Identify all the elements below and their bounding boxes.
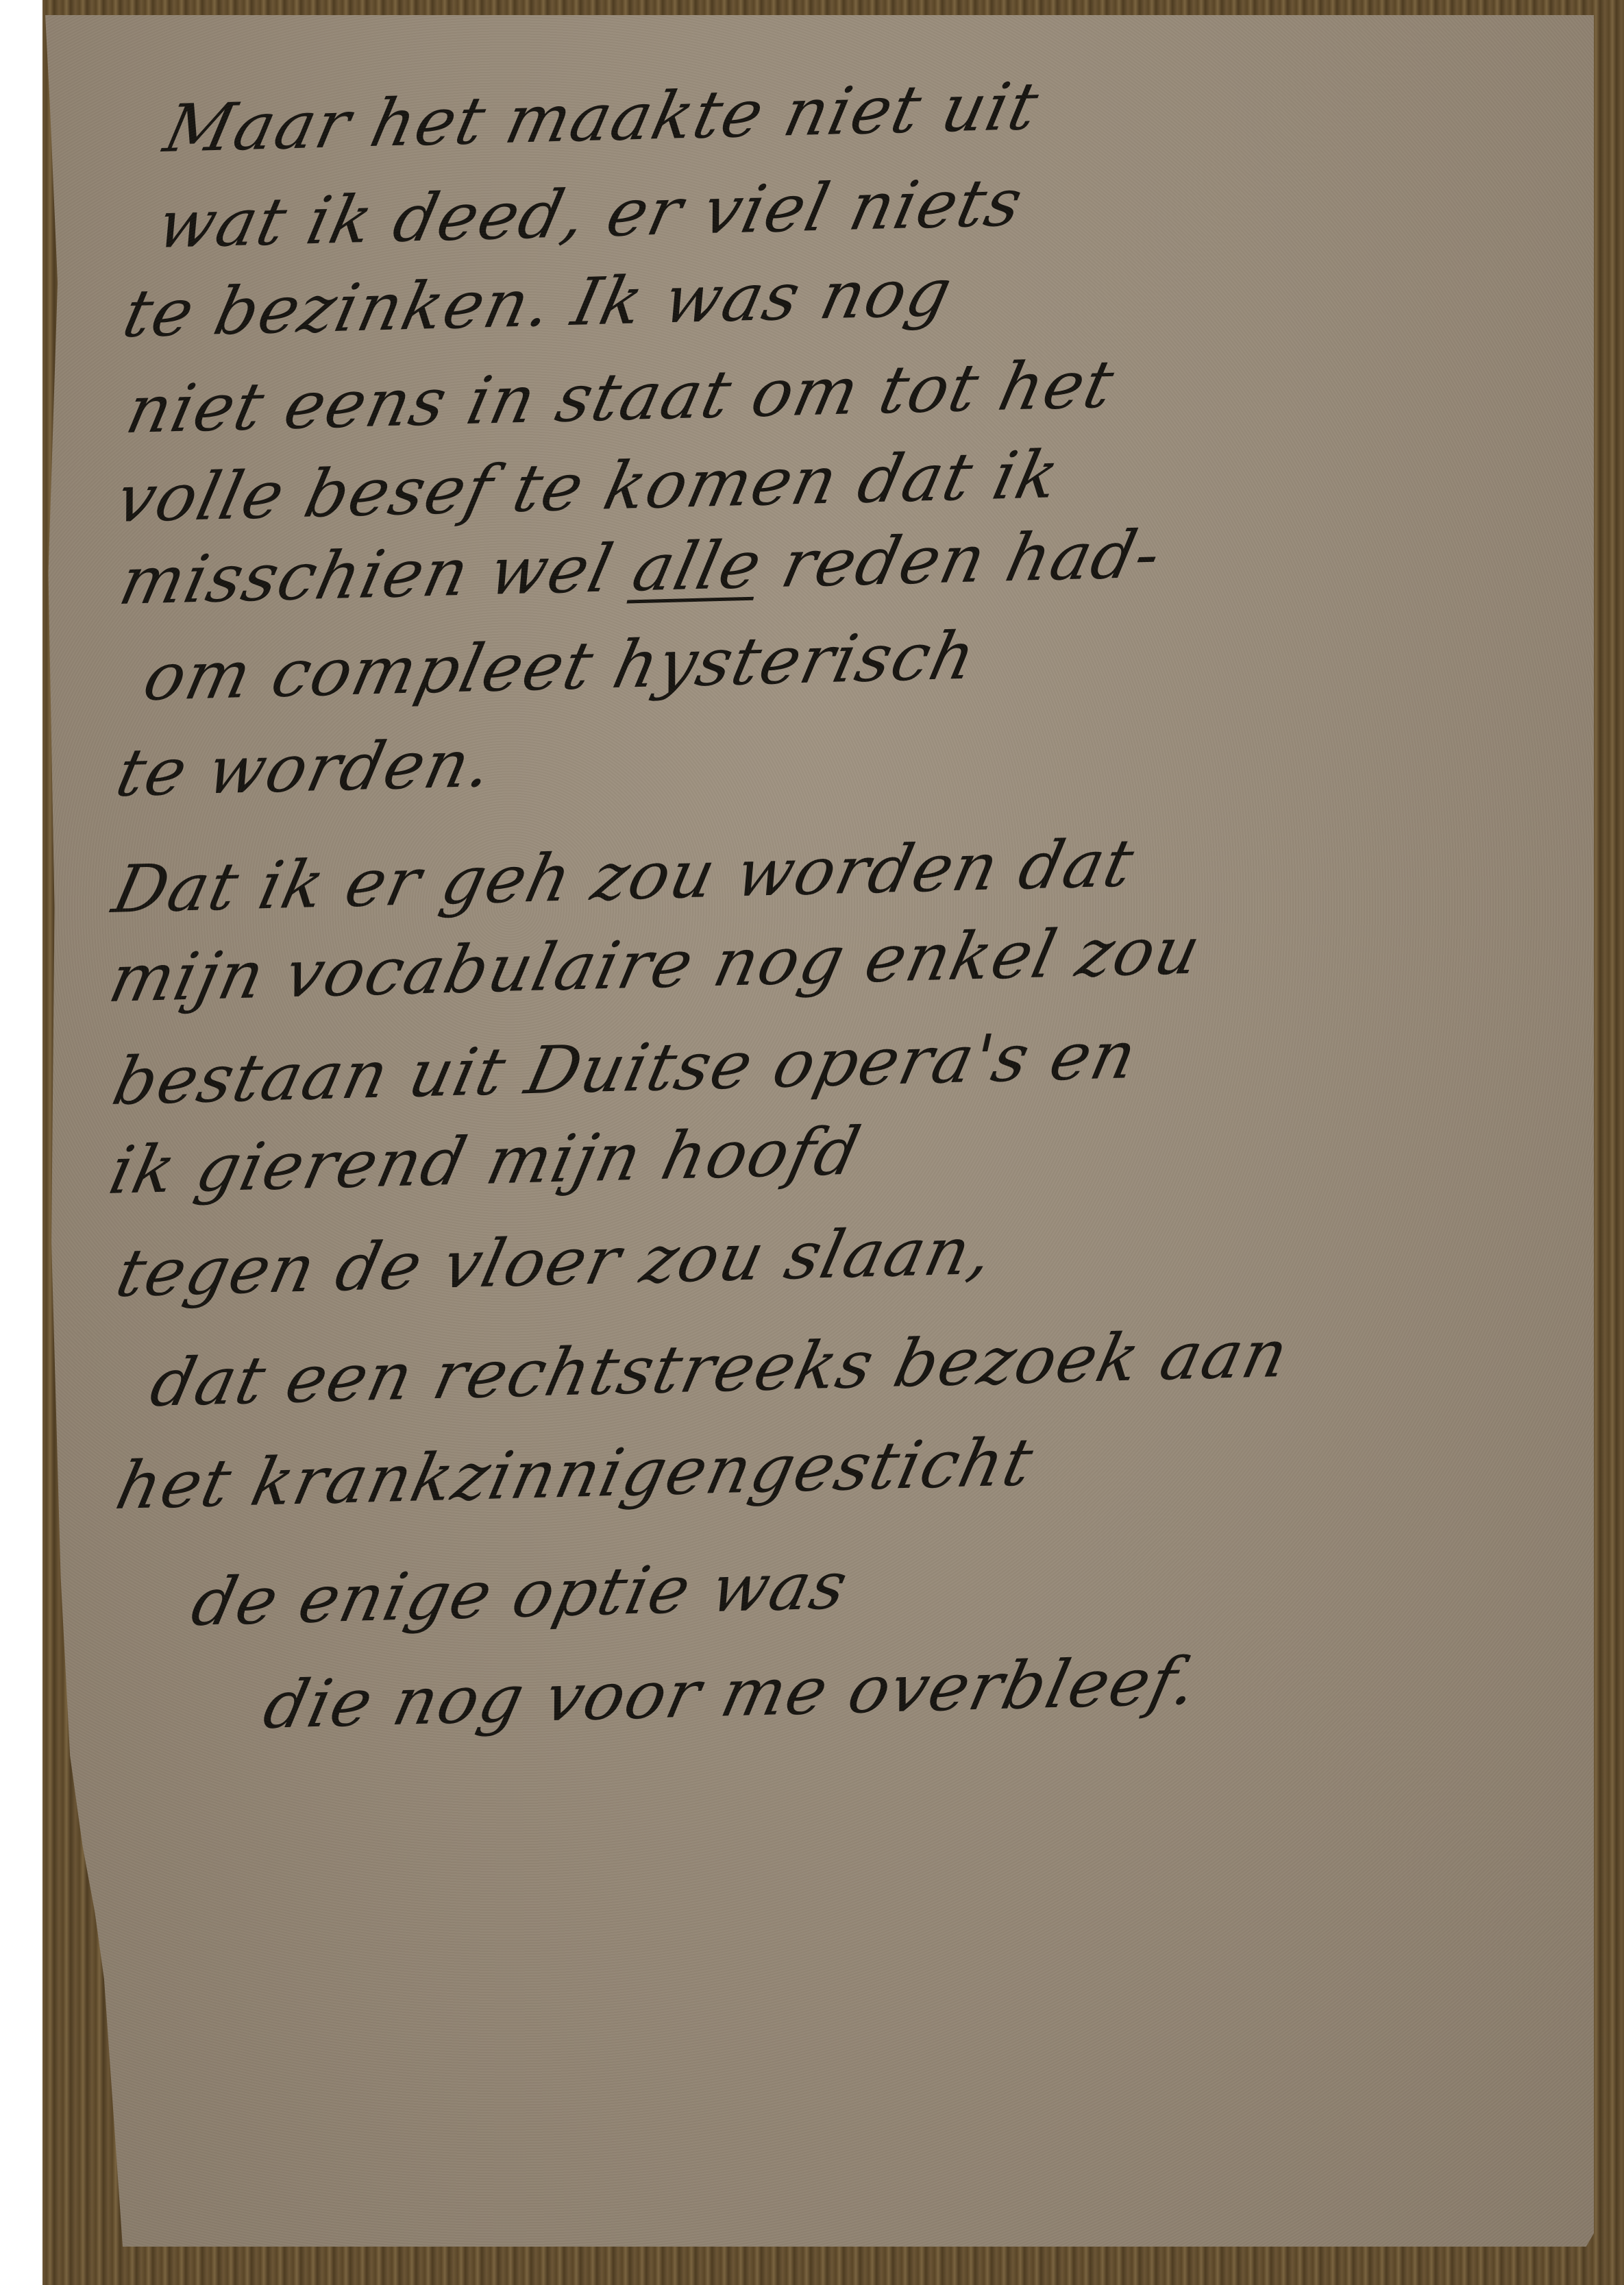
handwritten-line: te bezinken. Ik was nog: [116, 254, 959, 352]
handwritten-line: dat een rechtstreeks bezoek aan: [144, 1315, 1296, 1421]
handwritten-line: te worden.: [110, 725, 501, 811]
line-text: reden had-: [752, 516, 1168, 603]
handwritten-line: Dat ik er geh zou worden dat: [106, 824, 1142, 928]
handwritten-line: niet eens in staat om tot het: [120, 346, 1122, 448]
handwritten-line: volle besef te komen dat ik: [110, 436, 1067, 537]
handwritten-line-with-underline: misschien wel alle reden had-: [113, 516, 1168, 620]
handwritten-line: die nog voor me overbleef.: [257, 1643, 1205, 1744]
line-text: misschien wel: [113, 530, 643, 620]
handwritten-line: tegen de vloer zou slaan,: [110, 1212, 1001, 1312]
underlined-word: alle: [626, 526, 770, 607]
handwritten-line: om compleet hysterisch: [137, 618, 983, 716]
handwritten-line: ik gierend mijn hoofd: [103, 1113, 868, 1209]
handwritten-line: bestaan uit Duitse opera's en: [106, 1016, 1144, 1120]
handwritten-line: Maar het maakte niet uit: [158, 68, 1046, 167]
handwritten-line: de enige optie was: [185, 1547, 855, 1641]
handwritten-line: wat ik deed, er viel niets: [151, 164, 1031, 263]
handwritten-line: het krankzinnigengesticht: [110, 1423, 1041, 1524]
handwritten-line: mijn vocabulaire nog enkel zou: [103, 912, 1208, 1017]
handwritten-paper-sheet: Maar het maakte niet uitwat ik deed, er …: [45, 15, 1594, 2247]
